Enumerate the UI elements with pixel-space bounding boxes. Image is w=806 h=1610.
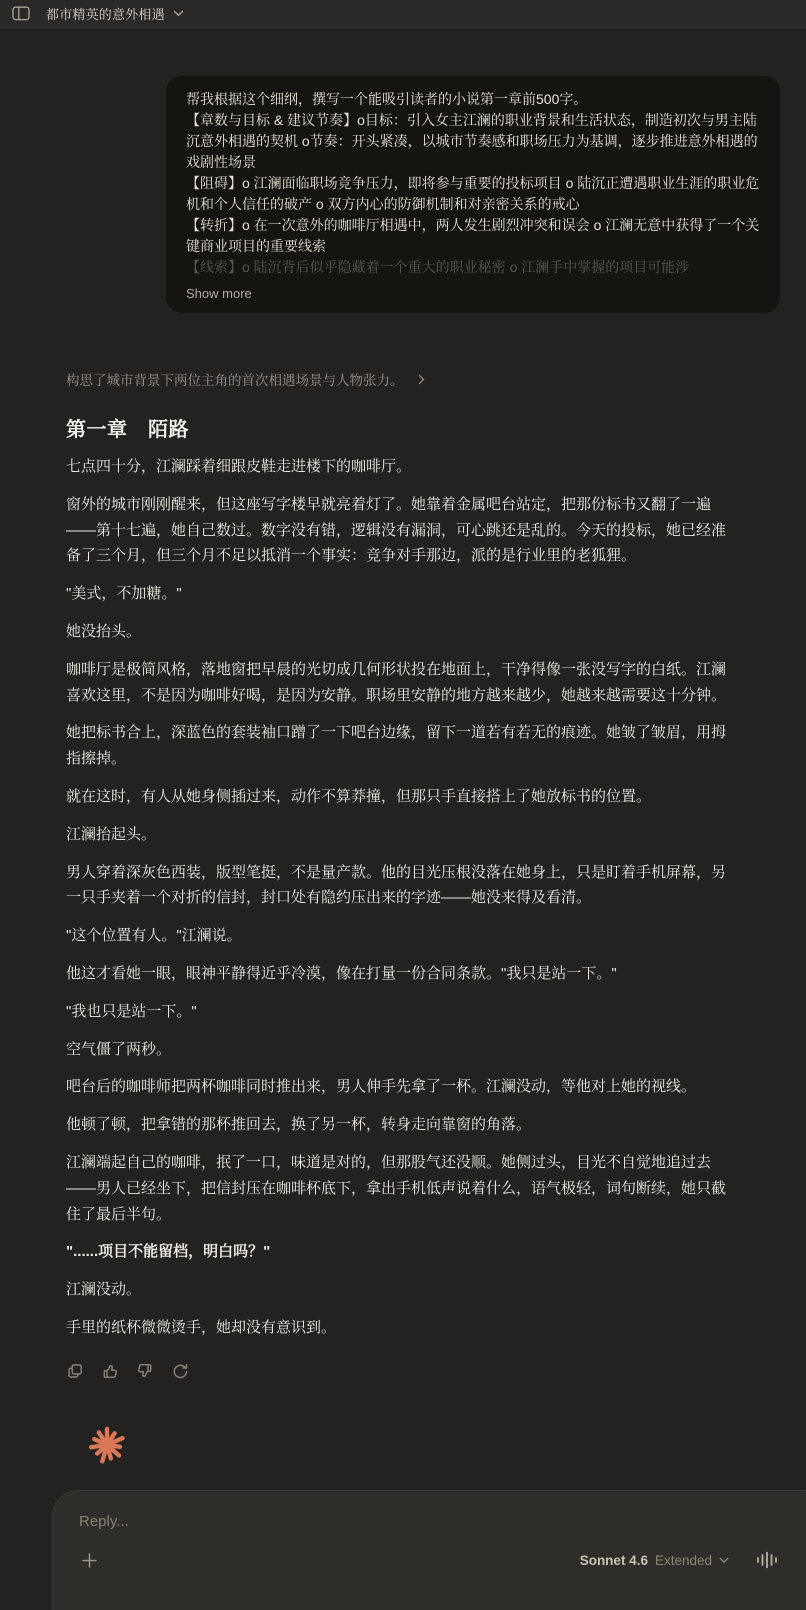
user-message-line: 【线索】o 陆沉背后似乎隐藏着一个重大的职业秘密 o 江澜手中掌握的项目可能涉: [186, 257, 760, 278]
user-message-text: 帮我根据这个细纲，撰写一个能吸引读者的小说第一章前500字。【章数与目标 & 建…: [186, 89, 760, 278]
voice-input-button[interactable]: [753, 1548, 781, 1572]
assistant-paragraph: "美式，不加糖。": [66, 581, 740, 607]
sidebar-icon: [12, 6, 30, 21]
user-message-line: 【阻碍】o 江澜面临职场竞争压力，即将参与重要的投标项目 o 陆沉正遭遇职业生涯…: [186, 173, 760, 215]
thumbs-down-icon: [136, 1362, 154, 1380]
message-action-bar: [62, 1358, 740, 1384]
user-message-line: 【转折】o 在一次意外的咖啡厅相遇中，两人发生剧烈冲突和误会 o 江澜无意中获得…: [186, 215, 760, 257]
sidebar-toggle-button[interactable]: [10, 4, 32, 23]
model-mode: Extended: [655, 1553, 712, 1568]
model-name: Sonnet 4.6: [580, 1553, 648, 1568]
attach-button[interactable]: [79, 1550, 100, 1571]
chevron-down-icon: [173, 10, 184, 17]
assistant-paragraph: 她把标书合上，深蓝色的套装袖口蹭了一下吧台边缘，留下一道若有若无的痕迹。她皱了皱…: [66, 720, 740, 772]
composer-right-controls: Sonnet 4.6 Extended: [580, 1548, 781, 1572]
plus-icon: [81, 1552, 98, 1569]
thinking-summary-text: 构思了城市背景下两位主角的首次相遇场景与人物张力。: [66, 369, 404, 389]
assistant-paragraph: "这个位置有人。"江澜说。: [66, 923, 740, 949]
conversation-title: 都市精英的意外相遇: [46, 4, 165, 23]
composer-toolbar: Sonnet 4.6 Extended: [79, 1548, 783, 1572]
thinking-summary-row[interactable]: 构思了城市背景下两位主角的首次相遇场景与人物张力。: [66, 369, 425, 389]
user-message-line: 帮我根据这个细纲，撰写一个能吸引读者的小说第一章前500字。: [186, 89, 760, 110]
claude-starburst-icon: [84, 1422, 740, 1468]
assistant-paragraph: 吧台后的咖啡师把两杯咖啡同时推出来，男人伸手先拿了一杯。江澜没动，等他对上她的视…: [66, 1074, 740, 1100]
assistant-paragraph: 窗外的城市刚刚醒来，但这座写字楼早就亮着灯了。她靠着金属吧台站定，把那份标书又翻…: [66, 492, 740, 569]
top-bar: 都市精英的意外相遇: [0, 0, 806, 28]
retry-button[interactable]: [167, 1358, 193, 1384]
assistant-paragraph: 咖啡厅是极简风格，落地窗把早晨的光切成几何形状投在地面上，干净得像一张没写字的白…: [66, 657, 740, 709]
assistant-paragraph: 她没抬头。: [66, 619, 740, 645]
assistant-paragraph: 江澜端起自己的咖啡，抿了一口，味道是对的，但那股气还没顺。她侧过头，目光不自觉地…: [66, 1150, 740, 1227]
chevron-right-icon: [418, 374, 425, 385]
claude-logo: [84, 1422, 740, 1468]
thumbs-up-button[interactable]: [97, 1358, 123, 1384]
user-message-bubble: 帮我根据这个细纲，撰写一个能吸引读者的小说第一章前500字。【章数与目标 & 建…: [166, 76, 780, 313]
assistant-paragraph: 男人穿着深灰色西装，版型笔挺，不是量产款。他的目光压根没落在她身上，只是盯着手机…: [66, 860, 740, 912]
show-more-button[interactable]: Show more: [186, 286, 252, 301]
assistant-paragraph: "我也只是站一下。": [66, 999, 740, 1025]
assistant-paragraph: 手里的纸杯微微烫手，她却没有意识到。: [66, 1315, 740, 1341]
thumbs-down-button[interactable]: [132, 1358, 158, 1384]
assistant-response: 七点四十分，江澜踩着细跟皮鞋走进楼下的咖啡厅。窗外的城市刚刚醒来，但这座写字楼早…: [66, 454, 740, 1341]
assistant-paragraph: 七点四十分，江澜踩着细跟皮鞋走进楼下的咖啡厅。: [66, 454, 740, 480]
app-window: 都市精英的意外相遇 帮我根据这个细纲，撰写一个能吸引读者的小说第一章前500字。…: [0, 0, 806, 1610]
conversation-title-menu[interactable]: 都市精英的意外相遇: [46, 4, 184, 23]
reply-input[interactable]: [79, 1507, 572, 1536]
assistant-paragraph: 他顿了顿，把拿错的那杯推回去，换了另一杯，转身走向靠窗的角落。: [66, 1112, 740, 1138]
assistant-paragraph: 空气僵了两秒。: [66, 1037, 740, 1063]
model-selector[interactable]: Sonnet 4.6 Extended: [580, 1553, 729, 1568]
waveform-icon: [755, 1550, 779, 1570]
thumbs-up-icon: [101, 1362, 119, 1380]
chat-scroll-area[interactable]: 帮我根据这个细纲，撰写一个能吸引读者的小说第一章前500字。【章数与目标 & 建…: [0, 76, 806, 1468]
retry-icon: [171, 1362, 189, 1380]
copy-icon: [66, 1362, 84, 1380]
user-message-line: 【章数与目标 & 建议节奏】o目标：引入女主江澜的职业背景和生活状态，制造初次与…: [186, 110, 760, 173]
chevron-down-icon: [719, 1557, 729, 1564]
assistant-paragraph: 江澜抬起头。: [66, 822, 740, 848]
copy-button[interactable]: [62, 1358, 88, 1384]
chapter-heading: 第一章 陌路: [66, 413, 740, 442]
assistant-paragraph: 就在这时，有人从她身侧插过来，动作不算莽撞，但那只手直接搭上了她放标书的位置。: [66, 784, 740, 810]
reply-composer: Sonnet 4.6 Extended: [52, 1490, 806, 1610]
assistant-paragraph: 他这才看她一眼，眼神平静得近乎冷漠，像在打量一份合同条款。"我只是站一下。": [66, 961, 740, 987]
assistant-paragraph: 江澜没动。: [66, 1277, 740, 1303]
assistant-paragraph: "......项目不能留档，明白吗？": [66, 1239, 740, 1265]
